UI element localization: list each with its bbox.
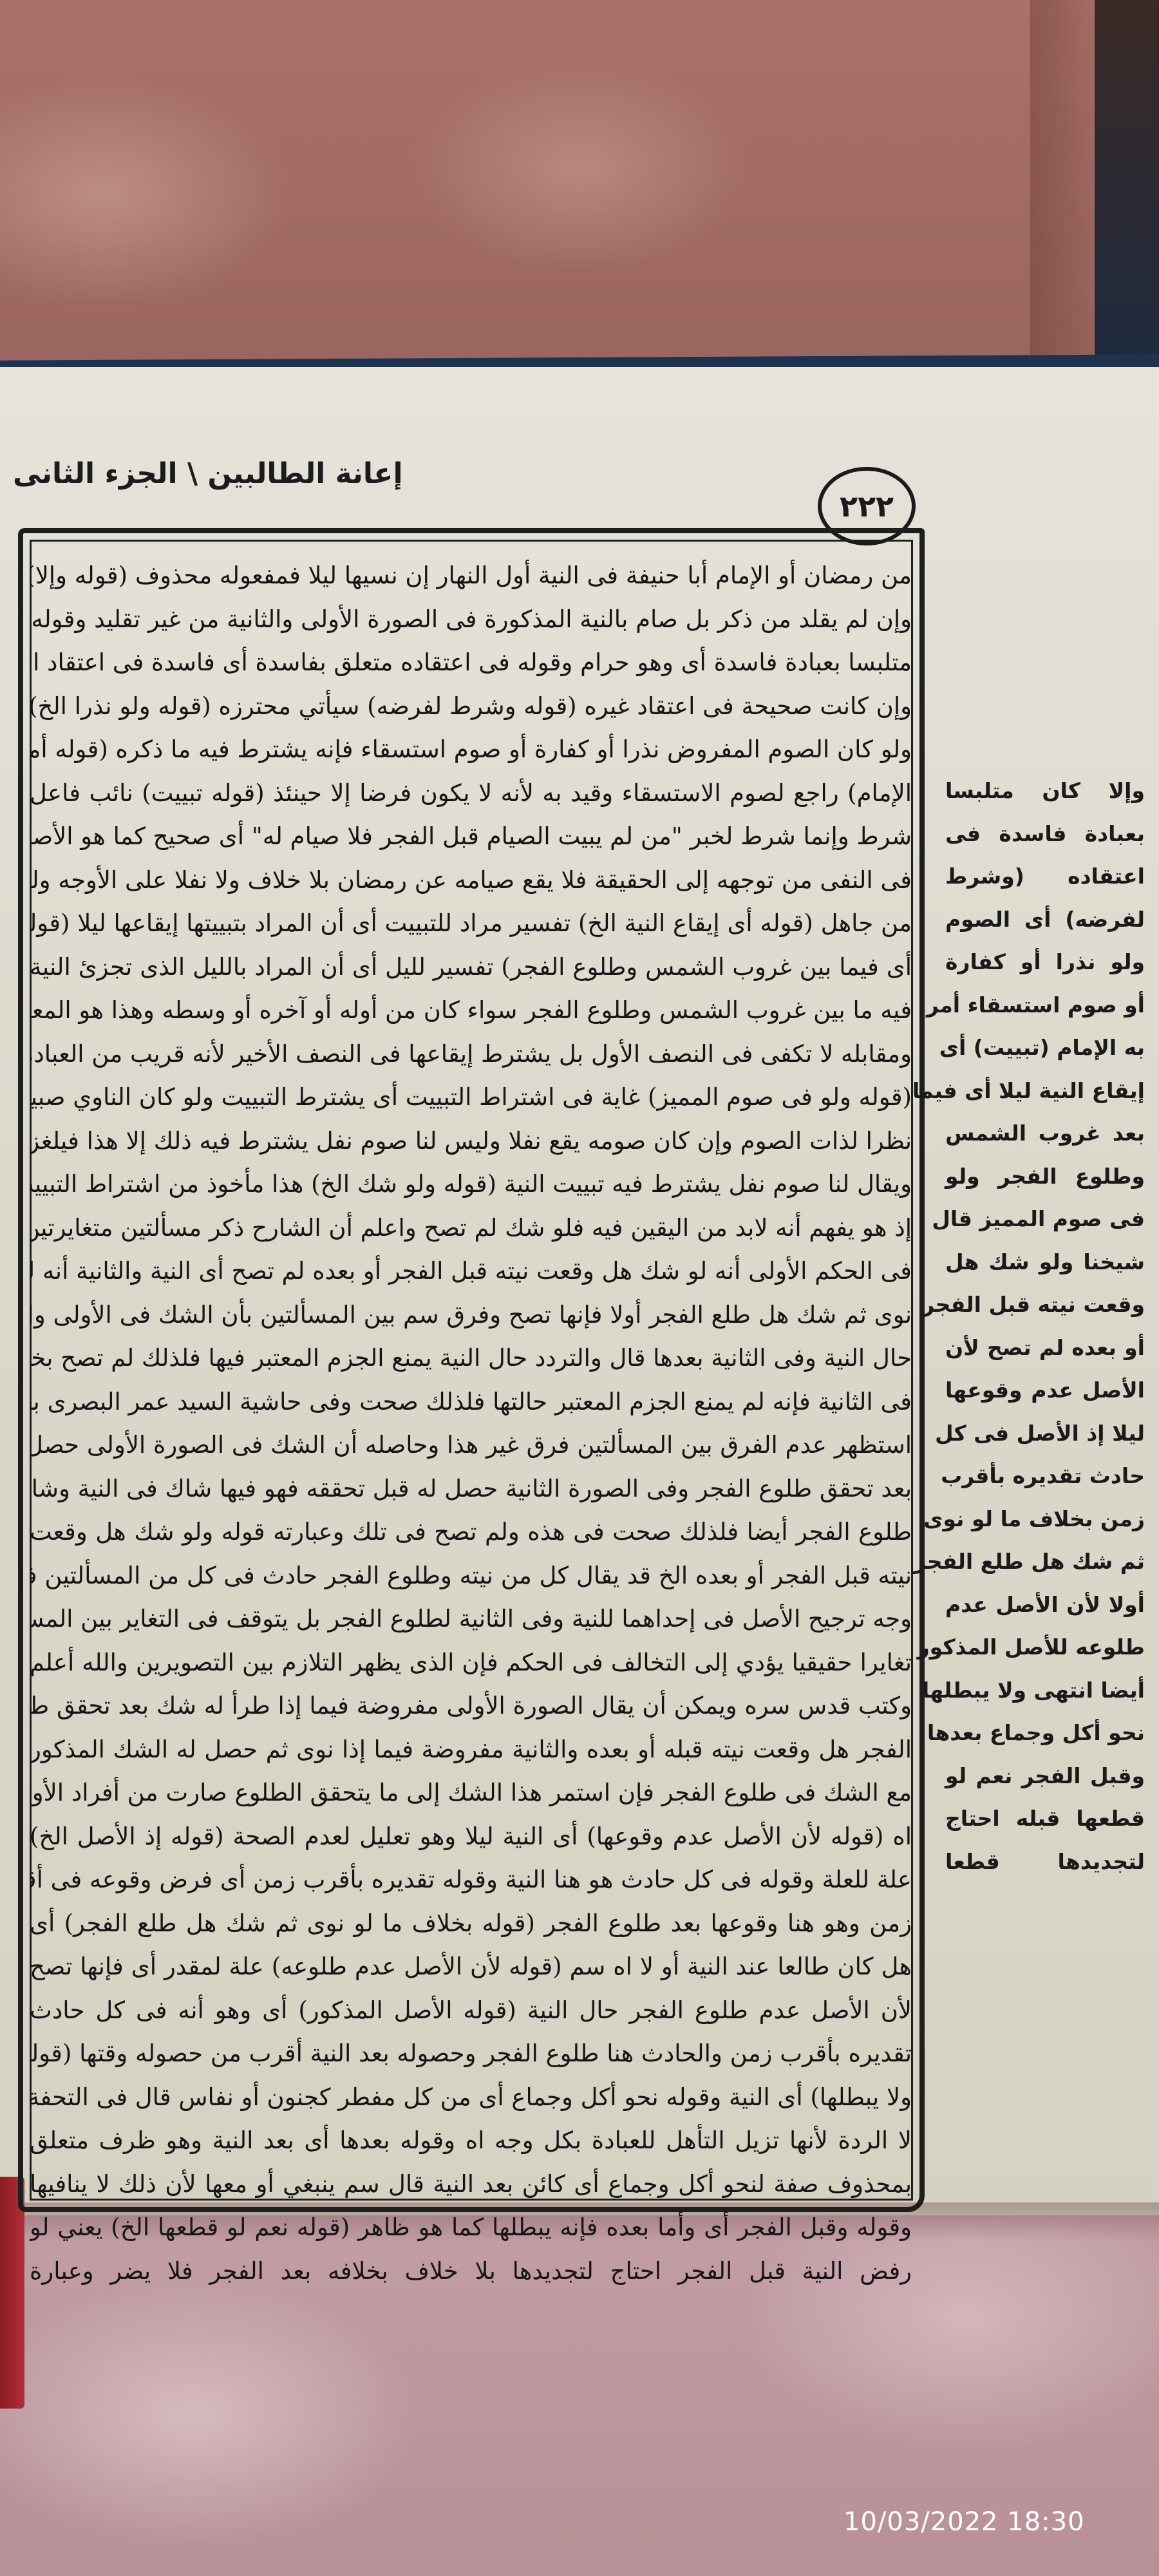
margin-text-line: أيضا انتهى ولا يبطلها <box>945 1669 1145 1712</box>
margin-text-line: الأصل عدم وقوعها <box>945 1369 1145 1412</box>
margin-text-line: لفرضه) أى الصوم <box>945 898 1145 942</box>
text-line: لا الردة لأنها تزيل التأهل للعبادة بكل و… <box>30 2119 912 2163</box>
margin-text-line: بعبادة فاسدة فى <box>945 813 1145 856</box>
text-line: من رمضان أو الإمام أبا حنيفة فى النية أو… <box>30 554 912 598</box>
text-line: إذ هو يفهم أنه لابد من اليقين فيه فلو شك… <box>30 1206 912 1250</box>
margin-text-line: ليلا إذ الأصل فى كل <box>945 1412 1145 1455</box>
margin-text-line: أو صوم استسقاء أمر <box>945 984 1145 1027</box>
margin-text-column: وإلا كان متلبسابعبادة فاسدة فىاعتقاده (و… <box>945 770 1145 1883</box>
photo-timestamp: 10/03/2022 18:30 <box>843 2507 1085 2537</box>
text-line: بعد تحقق طلوع الفجر وفى الصورة الثانية ح… <box>30 1467 912 1511</box>
background-dark-corner <box>1095 0 1159 361</box>
margin-text-line: لتجديدها قطعا <box>945 1841 1145 1884</box>
margin-text-line: وطلوع الفجر ولو <box>945 1155 1145 1198</box>
text-line: أى فيما بين غروب الشمس وطلوع الفجر) تفسي… <box>30 945 912 989</box>
text-line: بمحذوف صفة لنحو أكل وجماع أى كائن بعد ال… <box>30 2163 912 2206</box>
text-line: تقديره بأقرب زمن والحادث هنا طلوع الفجر … <box>30 2032 912 2076</box>
text-line: استظهر عدم الفرق بين المسألتين فرق غير ه… <box>30 1423 912 1467</box>
text-line: فى الحكم الأولى أنه لو شك هل وقعت نيته ق… <box>30 1249 912 1293</box>
text-line: وكتب قدس سره ويمكن أن يقال الصورة الأولى… <box>30 1684 912 1728</box>
text-line: نيته قبل الفجر أو بعده الخ قد يقال كل من… <box>30 1554 912 1598</box>
text-line: ولو كان الصوم المفروض نذرا أو كفارة أو ص… <box>30 728 912 772</box>
text-line: لأن الأصل عدم طلوع الفجر حال النية (قوله… <box>30 1989 912 2032</box>
text-line: حال النية وفى الثانية بعدها قال والتردد … <box>30 1336 912 1380</box>
text-line: ولا يبطلها) أى النية وقوله نحو أكل وجماع… <box>30 2076 912 2119</box>
margin-text-line: أولا لأن الأصل عدم <box>945 1584 1145 1627</box>
margin-text-line: شيخنا ولو شك هل <box>945 1241 1145 1284</box>
commentary-text-block: من رمضان أو الإمام أبا حنيفة فى النية أو… <box>30 554 912 2293</box>
text-line: وجه ترجيح الأصل فى إحداهما للنية وفى الث… <box>30 1597 912 1641</box>
text-line: فى النفى من توجهه إلى الحقيقة فلا يقع صي… <box>30 858 912 902</box>
text-line: ومقابله لا تكفى فى النصف الأول بل يشترط … <box>30 1032 912 1076</box>
margin-text-line: وقعت نيته قبل الفجر <box>945 1283 1145 1327</box>
text-line: من جاهل (قوله أى إيقاع النية الخ) تفسير … <box>30 902 912 945</box>
text-line: شرط وإنما شرط لخبر "من لم يبيت الصيام قب… <box>30 815 912 858</box>
margin-text-line: ولو نذرا أو كفارة <box>945 941 1145 984</box>
margin-text-line: فى صوم المميز قال <box>945 1198 1145 1241</box>
text-line: الفجر هل وقعت نيته قبله أو بعده والثانية… <box>30 1728 912 1772</box>
margin-text-line: اعتقاده (وشرط <box>945 855 1145 898</box>
margin-text-line: زمن بخلاف ما لو نوى <box>945 1498 1145 1541</box>
bookmark-ribbon <box>0 2177 24 2409</box>
text-line: مع الشك فى طلوع الفجر فإن استمر هذا الشك… <box>30 1771 912 1815</box>
text-line: علة للعلة وقوله فى كل حادث هو هنا النية … <box>30 1858 912 1902</box>
text-line: ويقال لنا صوم نفل يشترط فيه تبييت النية … <box>30 1162 912 1206</box>
text-line: هل كان طالعا عند النية أو لا اه سم (قوله… <box>30 1945 912 1989</box>
margin-text-line: ثم شك هل طلع الفجر <box>945 1540 1145 1584</box>
text-line: متلبسا بعبادة فاسدة أى وهو حرام وقوله فى… <box>30 641 912 685</box>
margin-text-line: وقبل الفجر نعم لو <box>945 1755 1145 1798</box>
text-line: فيه ما بين غروب الشمس وطلوع الفجر سواء ك… <box>30 989 912 1032</box>
margin-text-line: أو بعده لم تصح لأن <box>945 1327 1145 1370</box>
text-line: نظرا لذات الصوم وإن كان صومه يقع نفلا ول… <box>30 1119 912 1163</box>
text-line: تغايرا حقيقيا يؤدي إلى التخالف فى الحكم … <box>30 1641 912 1685</box>
text-line: وقوله وقبل الفجر أى وأما بعده فإنه يبطله… <box>30 2206 912 2249</box>
margin-text-line: طلوعه للأصل المذكور <box>945 1626 1145 1669</box>
margin-text-line: به الإمام (تبييت) أى <box>945 1027 1145 1070</box>
margin-text-line: بعد غروب الشمس <box>945 1112 1145 1155</box>
running-header-title: إعانة الطالبين \ الجزء الثانى <box>13 457 403 490</box>
text-line: نوى ثم شك هل طلع الفجر أولا فإنها تصح وف… <box>30 1293 912 1337</box>
text-line: وإن لم يقلد من ذكر بل صام بالنية المذكور… <box>30 598 912 641</box>
margin-text-line: نحو أكل وجماع بعدها <box>945 1712 1145 1755</box>
margin-text-line: قطعها قبله احتاج <box>945 1797 1145 1841</box>
text-line: (قوله ولو فى صوم المميز) غاية فى اشتراط … <box>30 1075 912 1119</box>
text-line: طلوع الفجر أيضا فلذلك صحت فى هذه ولم تصح… <box>30 1510 912 1554</box>
margin-text-line: حادث تقديره بأقرب <box>945 1455 1145 1498</box>
margin-text-line: وإلا كان متلبسا <box>945 770 1145 813</box>
text-line: فى الثانية فإنه لم يمنع الجزم المعتبر حا… <box>30 1380 912 1424</box>
margin-text-line: إيقاع النية ليلا أى فيما <box>945 1070 1145 1113</box>
page-number: ٢٢٢ <box>840 489 894 524</box>
text-line: رفض النية قبل الفجر احتاج لتجديدها بلا خ… <box>30 2249 912 2293</box>
text-line: زمن وهو هنا وقوعها بعد طلوع الفجر (قوله … <box>30 1902 912 1946</box>
text-line: الإمام) راجع لصوم الاستسقاء وقيد به لأنه… <box>30 772 912 815</box>
text-line: وإن كانت صحيحة فى اعتقاد غيره (قوله وشرط… <box>30 685 912 728</box>
text-line: اه (قوله لأن الأصل عدم وقوعها) أى النية … <box>30 1815 912 1859</box>
